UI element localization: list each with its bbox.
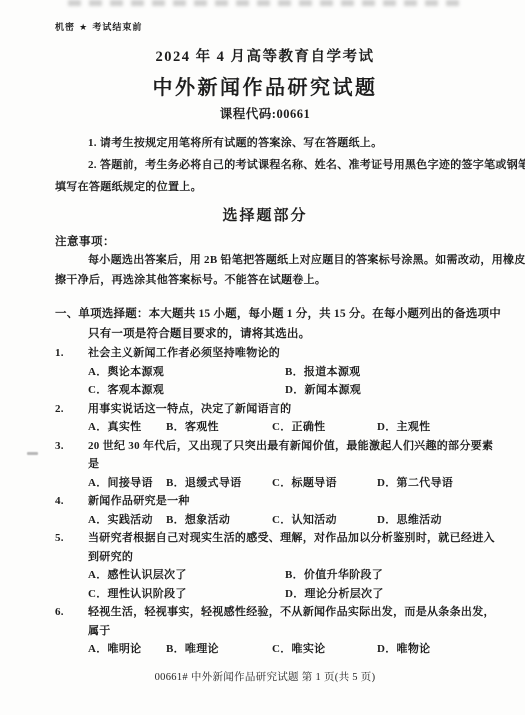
scan-artifact-margin-dash: [27, 452, 38, 455]
question-6-options-row: A．唯明论B．唯理论C．唯实论D．唯物论: [88, 640, 475, 659]
question-5-stem-text: 当研究者根据自己对现实生活的感受、理解，对作品加以分析鉴别时，就已经进入: [88, 532, 495, 544]
question-4-option-a: A．实践活动: [88, 511, 166, 530]
question-3-option-b: B．退缓式导语: [166, 474, 272, 493]
question-5-option-d: D．理论分析层次了: [285, 585, 384, 604]
section-title: 选择题部分: [55, 206, 475, 224]
question-6-option-a: A．唯明论: [88, 640, 166, 659]
instruction-item-1: 1. 请考生按规定用笔将所有试题的答案涂、写在答题纸上。: [55, 132, 475, 154]
page-footer: 00661# 中外新闻作品研究试题 第 1 页(共 5 页): [55, 671, 475, 685]
question-4-stem-text: 新闻作品研究是一种: [88, 495, 190, 507]
question-5-options-row-2: C．理性认识阶段了D．理论分析层次了: [88, 585, 475, 604]
notes-line-2: 擦干净后，再选涂其他答案标号。不能答在试题卷上。: [55, 270, 475, 290]
question-6-stem-continuation: 属于: [88, 622, 475, 641]
question-1-options-row-1: A．舆论本源观B．报道本源观: [88, 363, 475, 382]
question-1-stem-text: 社会主义新闻工作者必须坚持唯物论的: [88, 347, 280, 359]
question-3-stem-text: 20 世纪 30 年代后，又出现了只突出最有新闻价值，最能激起人们兴趣的部分要素: [88, 440, 493, 452]
exam-paper-page: 机密 ★ 考试结束前 2024 年 4 月高等教育自学考试 中外新闻作品研究试题…: [0, 0, 525, 715]
question-4: 4.新闻作品研究是一种 A．实践活动B．想象活动C．认知活动D．思维活动: [55, 492, 475, 529]
question-5: 5.当研究者根据自己对现实生活的感受、理解，对作品加以分析鉴别时，就已经进入 到…: [55, 529, 475, 603]
question-2-option-c: C．正确性: [272, 418, 377, 437]
part-one-heading-line-1: 一、单项选择题：本大题共 15 小题，每小题 1 分，共 15 分。在每小题列出…: [55, 304, 475, 324]
candidate-instructions: 1. 请考生按规定用笔将所有试题的答案涂、写在答题纸上。 2. 答题前，考生务必…: [55, 132, 475, 198]
notes-line-1: 每小题选出答案后，用 2B 铅笔把答题纸上对应题目的答案标号涂黑。如需改动，用橡…: [55, 250, 475, 270]
instruction-item-2-line-1: 2. 答题前，考生务必将自己的考试课程名称、姓名、准考证号用黑色字迹的签字笔或钢…: [55, 154, 475, 176]
question-3-option-a: A．间接导语: [88, 474, 166, 493]
question-4-number: 4.: [55, 492, 88, 511]
question-6-option-d: D．唯物论: [377, 640, 430, 659]
course-code: 课程代码:00661: [55, 106, 475, 122]
question-3-number: 3.: [55, 437, 88, 456]
page-content: 机密 ★ 考试结束前 2024 年 4 月高等教育自学考试 中外新闻作品研究试题…: [0, 0, 525, 685]
questions-area: 1.社会主义新闻工作者必须坚持唯物论的 A．舆论本源观B．报道本源观 C．客观本…: [55, 344, 475, 659]
part-one-heading-line-2: 只有一项是符合题目要求的，请将其选出。: [88, 324, 475, 344]
question-3-stem-continuation: 是: [88, 455, 475, 474]
question-4-options-row: A．实践活动B．想象活动C．认知活动D．思维活动: [88, 511, 475, 530]
question-6-option-c: C．唯实论: [272, 640, 377, 659]
question-2-stem: 2.用事实说话这一特点，决定了新闻语言的: [55, 400, 475, 419]
question-3-stem: 3.20 世纪 30 年代后，又出现了只突出最有新闻价值，最能激起人们兴趣的部分…: [55, 437, 475, 456]
question-1-option-b: B．报道本源观: [285, 363, 360, 382]
question-5-number: 5.: [55, 529, 88, 548]
question-3: 3.20 世纪 30 年代后，又出现了只突出最有新闻价值，最能激起人们兴趣的部分…: [55, 437, 475, 493]
question-2-option-a: A．真实性: [88, 418, 166, 437]
notes-body: 每小题选出答案后，用 2B 铅笔把答题纸上对应题目的答案标号涂黑。如需改动，用橡…: [55, 250, 475, 290]
question-3-options-row: A．间接导语B．退缓式导语C．标题导语D．第二代导语: [88, 474, 475, 493]
question-5-stem: 5.当研究者根据自己对现实生活的感受、理解，对作品加以分析鉴别时，就已经进入: [55, 529, 475, 548]
question-6-stem-text: 轻视生活，轻视事实，轻视感性经验，不从新闻作品实际出发，而是从条条出发，: [88, 606, 495, 618]
question-4-stem: 4.新闻作品研究是一种: [55, 492, 475, 511]
question-6-number: 6.: [55, 603, 88, 622]
question-2-options-row: A．真实性B．客观性C．正确性D．主观性: [88, 418, 475, 437]
notes-label: 注意事项：: [55, 234, 475, 250]
exam-session-title: 2024 年 4 月高等教育自学考试: [55, 48, 475, 66]
question-1-options-row-2: C．客观本源观D．新闻本源观: [88, 381, 475, 400]
question-2: 2.用事实说话这一特点，决定了新闻语言的 A．真实性B．客观性C．正确性D．主观…: [55, 400, 475, 437]
instruction-item-2-line-2: 填写在答题纸规定的位置上。: [55, 176, 475, 198]
question-3-option-c: C．标题导语: [272, 474, 377, 493]
question-1-number: 1.: [55, 344, 88, 363]
question-2-stem-text: 用事实说话这一特点，决定了新闻语言的: [88, 403, 291, 415]
question-5-option-c: C．理性认识阶段了: [88, 585, 285, 604]
question-6-stem: 6.轻视生活，轻视事实，轻视感性经验，不从新闻作品实际出发，而是从条条出发，: [55, 603, 475, 622]
question-5-stem-continuation: 到研究的: [88, 548, 475, 567]
question-1-stem: 1.社会主义新闻工作者必须坚持唯物论的: [55, 344, 475, 363]
question-2-number: 2.: [55, 400, 88, 419]
part-one-heading: 一、单项选择题：本大题共 15 小题，每小题 1 分，共 15 分。在每小题列出…: [55, 304, 475, 344]
security-classification-mark: 机密 ★ 考试结束前: [55, 22, 475, 34]
question-2-option-b: B．客观性: [166, 418, 272, 437]
question-3-option-d: D．第二代导语: [377, 474, 453, 493]
paper-title: 中外新闻作品研究试题: [55, 74, 475, 100]
question-1-option-a: A．舆论本源观: [88, 363, 285, 382]
question-5-option-b: B．价值升华阶段了: [285, 566, 383, 585]
question-1-option-c: C．客观本源观: [88, 381, 285, 400]
question-5-options-row-1: A．感性认识层次了B．价值升华阶段了: [88, 566, 475, 585]
question-1-option-d: D．新闻本源观: [285, 381, 361, 400]
question-6-option-b: B．唯理论: [166, 640, 272, 659]
question-1: 1.社会主义新闻工作者必须坚持唯物论的 A．舆论本源观B．报道本源观 C．客观本…: [55, 344, 475, 400]
question-6: 6.轻视生活，轻视事实，轻视感性经验，不从新闻作品实际出发，而是从条条出发， 属…: [55, 603, 475, 659]
question-4-option-d: D．思维活动: [377, 511, 442, 530]
question-2-option-d: D．主观性: [377, 418, 430, 437]
question-5-option-a: A．感性认识层次了: [88, 566, 285, 585]
question-4-option-b: B．想象活动: [166, 511, 272, 530]
scan-artifact-top-strip: [68, 0, 464, 6]
question-4-option-c: C．认知活动: [272, 511, 377, 530]
